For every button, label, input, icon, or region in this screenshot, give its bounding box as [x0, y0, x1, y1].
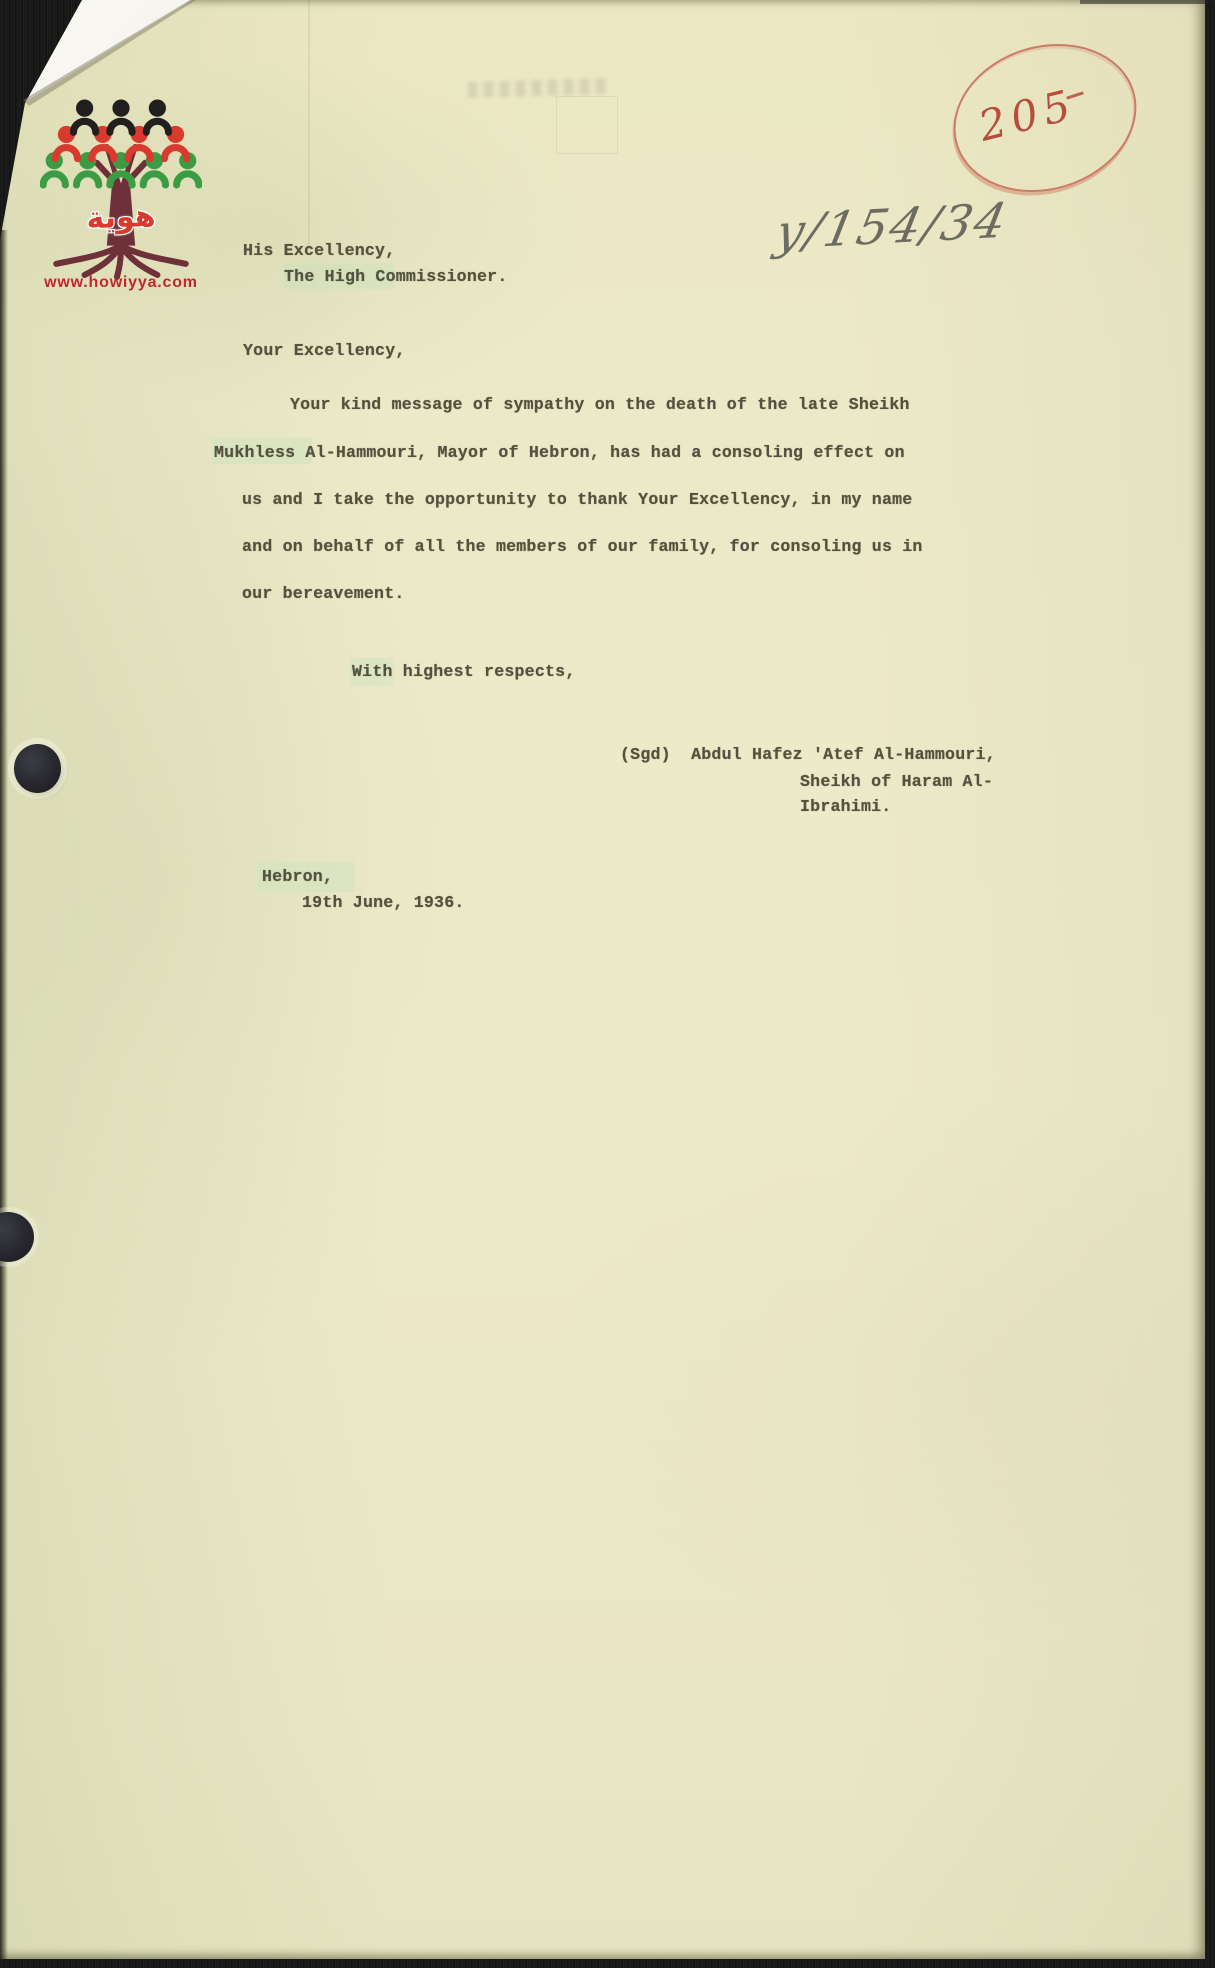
body-line: and on behalf of all the members of our …	[242, 536, 923, 558]
recipient-line-2: The High Commissioner.	[284, 266, 507, 288]
signature-line-3: Ibrahimi.	[800, 796, 891, 818]
watermark-url: www.howiyya.com	[28, 274, 214, 292]
recipient-line-1: His Excellency,	[243, 240, 395, 262]
body-line: our bereavement.	[242, 583, 405, 605]
punch-hole-top	[14, 744, 61, 793]
people-tree-icon	[40, 96, 202, 280]
logo-arabic-calligraphy: هوية	[27, 197, 214, 238]
faint-stamp-outline	[556, 96, 618, 154]
place-line: Hebron,	[262, 866, 333, 888]
signature-line-2: Sheikh of Haram Al-	[800, 771, 993, 793]
body-line: Mukhless Al-Hammouri, Mayor of Hebron, h…	[214, 442, 905, 464]
scanned-document-page: هوية www.howiyya.com 205 y/154/34 His Ex…	[0, 0, 1215, 1968]
signature-line-1: (Sgd) Abdul Hafez 'Atef Al-Hammouri,	[620, 744, 996, 766]
howiyya-logo: هوية www.howiyya.com	[28, 96, 214, 298]
date-line: 19th June, 1936.	[302, 892, 465, 914]
vertical-crease	[308, 0, 310, 250]
salutation: Your Excellency,	[243, 340, 406, 362]
closing-line: With highest respects,	[352, 661, 575, 683]
body-line: Your kind message of sympathy on the dea…	[290, 394, 910, 416]
body-line: us and I take the opportunity to thank Y…	[242, 489, 912, 511]
